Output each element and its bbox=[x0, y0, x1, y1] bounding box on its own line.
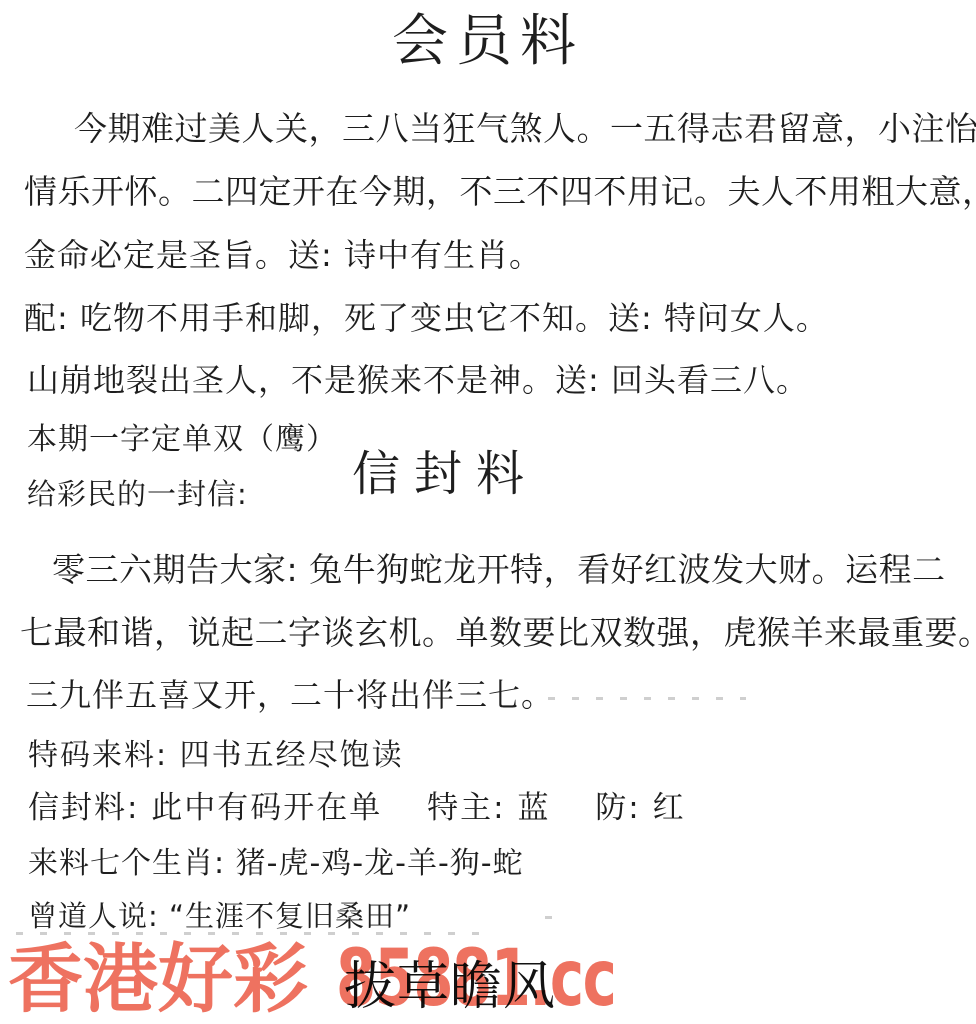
scanned-lottery-tip-sheet: 会员料 今期难过美人关，三八当狂气煞人。一五得志君留意，小注怡 情乐开怀。二四定… bbox=[0, 0, 976, 1024]
site-watermark-name: 香港好彩 bbox=[8, 935, 308, 1023]
letter-to-punters-label: 给彩民的一封信: bbox=[27, 478, 248, 511]
faint-scan-remnant bbox=[548, 697, 746, 700]
handwritten-answer-text: 拔草瞻风 bbox=[344, 944, 556, 1019]
envelope-text-line: 三九伴五喜又开，二十将出伴三七。 bbox=[26, 677, 554, 714]
special-code-hint-line: 特码来料: 四书五经尽饱读 bbox=[28, 739, 404, 774]
envelope-code-hint-line: 信封料: 此中有码开在单 特主: 蓝 防: 红 bbox=[28, 791, 686, 827]
member-text-line: 配: 吃物不用手和脚，死了变虫它不知。送: 特问女人。 bbox=[24, 300, 829, 337]
member-text-line: 金命必定是圣旨。送: 诗中有生肖。 bbox=[24, 237, 542, 274]
faint-scan-remnant bbox=[545, 916, 567, 919]
odd-even-hint-line: 本期一字定单双（鹰） bbox=[27, 423, 337, 458]
member-text-line: 山崩地裂出圣人，不是猴来不是神。送: 回头看三八。 bbox=[27, 362, 809, 399]
zengdaoren-quote-line: 曾道人说: “生涯不复旧桑田” bbox=[28, 900, 411, 933]
envelope-text-line: 零三六期告大家: 兔牛狗蛇龙开特，看好红波发大财。运程二 bbox=[52, 551, 946, 589]
envelope-section-title: 信封料 bbox=[352, 447, 538, 502]
member-text-line: 今期难过美人关，三八当狂气煞人。一五得志君留意，小注怡 bbox=[74, 110, 976, 148]
seven-zodiac-line: 来料七个生肖: 猪-虎-鸡-龙-羊-狗-蛇 bbox=[28, 847, 524, 882]
member-text-line: 情乐开怀。二四定开在今期，不三不四不用记。夫人不用粗大意， bbox=[24, 173, 976, 211]
member-section-title: 会员料 bbox=[0, 10, 976, 74]
envelope-text-line: 七最和谐，说起二字谈玄机。单数要比双数强，虎猴羊来最重要。 bbox=[20, 614, 976, 652]
